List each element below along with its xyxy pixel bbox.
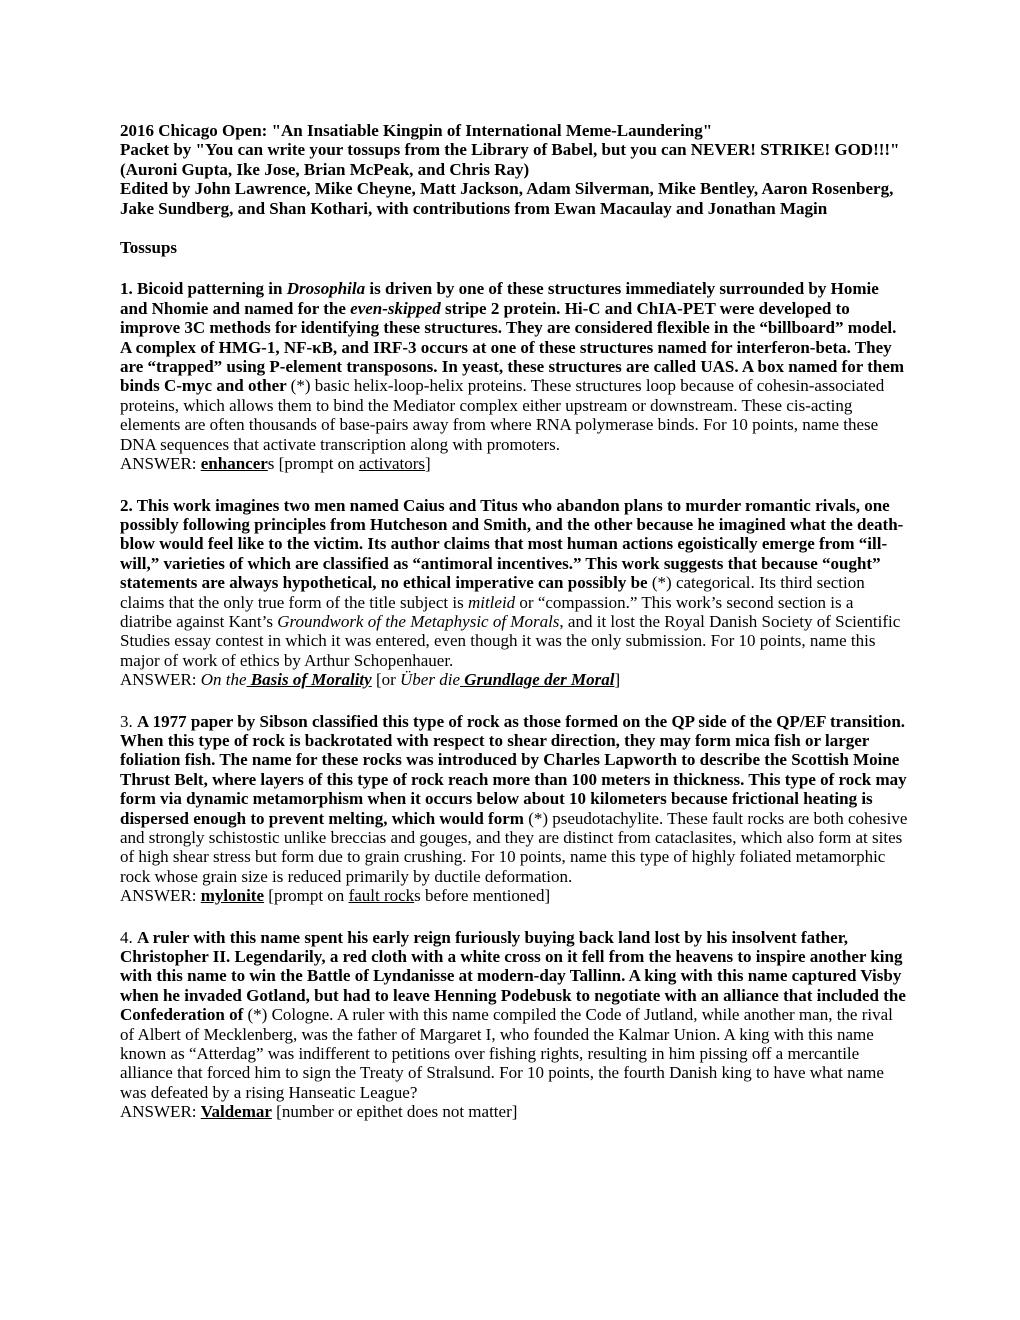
tossup-question-2: 2. This work imagines two men named Caiu…: [120, 496, 908, 671]
tossup-answer-2: ANSWER: On the Basis of Morality [or Übe…: [120, 670, 908, 689]
packet-document: 2016 Chicago Open: "An Insatiable Kingpi…: [120, 121, 908, 1122]
packet-title: 2016 Chicago Open: "An Insatiable Kingpi…: [120, 121, 908, 140]
tossup-answer-1: ANSWER: enhancers [prompt on activators]: [120, 454, 908, 473]
page: { "page": { "background_color": "#ffffff…: [0, 0, 1020, 1320]
tossup-question-3: 3. A 1977 paper by Sibson classified thi…: [120, 712, 908, 887]
tossup-question-1: 1. Bicoid patterning in Drosophila is dr…: [120, 279, 908, 454]
tossup-answer-3: ANSWER: mylonite [prompt on fault rocks …: [120, 886, 908, 905]
packet-editors-line-2: Jake Sundberg, and Shan Kothari, with co…: [120, 199, 908, 218]
tossup-question-4: 4. A ruler with this name spent his earl…: [120, 928, 908, 1103]
packet-authors: (Auroni Gupta, Ike Jose, Brian McPeak, a…: [120, 160, 908, 179]
packet-header: 2016 Chicago Open: "An Insatiable Kingpi…: [120, 121, 908, 218]
section-title: Tossups: [120, 238, 908, 257]
tossup-answer-4: ANSWER: Valdemar [number or epithet does…: [120, 1102, 908, 1121]
packet-byline: Packet by "You can write your tossups fr…: [120, 140, 908, 159]
packet-editors-line-1: Edited by John Lawrence, Mike Cheyne, Ma…: [120, 179, 908, 198]
